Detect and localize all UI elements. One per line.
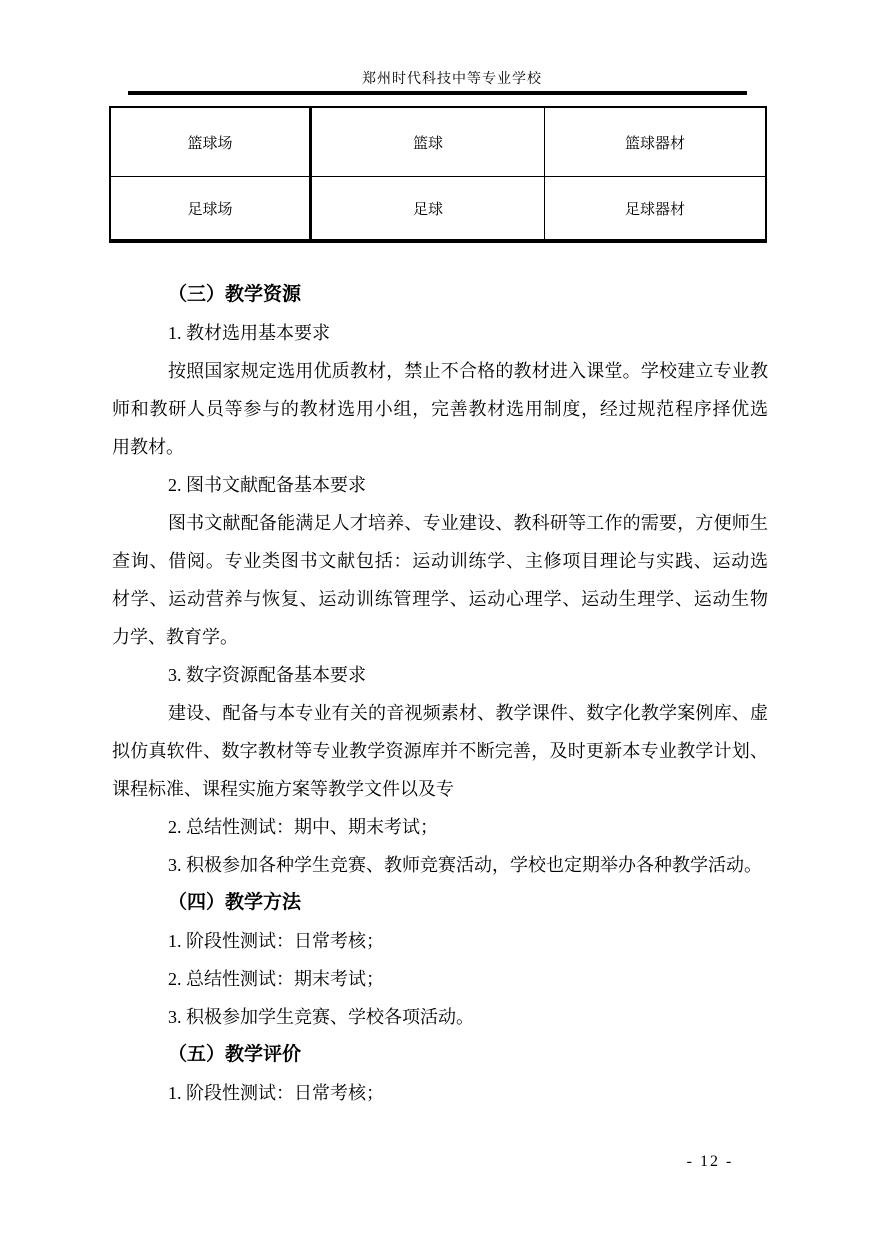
table-cell: 篮球 xyxy=(311,107,545,177)
text-line: 3. 积极参加各种学生竞赛、教师竞赛活动，学校也定期举办各种教学活动。 xyxy=(112,846,768,884)
text-line: 课程标准、课程实施方案等教学文件以及专 xyxy=(112,770,768,808)
document-page: 郑州时代科技中等专业学校 篮球场篮球篮球器材足球场足球足球器材 （三）教学资源1… xyxy=(0,0,875,1241)
text-line: 3. 数字资源配备基本要求 xyxy=(112,656,768,694)
table-cell: 足球场 xyxy=(110,177,311,242)
text-line: 2. 图书文献配备基本要求 xyxy=(112,466,768,504)
section-heading: （四）教学方法 xyxy=(112,884,768,922)
page-number: - 12 - xyxy=(660,1153,760,1171)
text-line: 力学、教育学。 xyxy=(112,618,768,656)
section-heading: （三）教学资源 xyxy=(112,276,768,314)
table-row: 足球场足球足球器材 xyxy=(110,177,766,242)
text-line: 用教材。 xyxy=(112,428,768,466)
text-line: 图书文献配备能满足人才培养、专业建设、教科研等工作的需要，方便师生 xyxy=(112,504,768,542)
text-line: 1. 教材选用基本要求 xyxy=(112,314,768,352)
section-heading: （五）教学评价 xyxy=(112,1036,768,1074)
facilities-table-body: 篮球场篮球篮球器材足球场足球足球器材 xyxy=(110,107,766,241)
text-line: 查询、借阅。专业类图书文献包括：运动训练学、主修项目理论与实践、运动选 xyxy=(112,542,768,580)
table-cell: 足球器材 xyxy=(545,177,767,242)
text-line: 拟仿真软件、数字教材等专业教学资源库并不断完善，及时更新本专业教学计划、 xyxy=(112,732,768,770)
page-header-school-name: 郑州时代科技中等专业学校 xyxy=(128,70,776,90)
text-line: 师和教研人员等参与的教材选用小组，完善教材选用制度，经过规范程序择优选 xyxy=(112,390,768,428)
table-row: 篮球场篮球篮球器材 xyxy=(110,107,766,177)
text-line: 建设、配备与本专业有关的音视频素材、教学课件、数字化教学案例库、虚 xyxy=(112,694,768,732)
text-line: 1. 阶段性测试：日常考核； xyxy=(112,1074,768,1112)
text-line: 2. 总结性测试：期中、期末考试； xyxy=(112,808,768,846)
text-line: 材学、运动营养与恢复、运动训练管理学、运动心理学、运动生理学、运动生物 xyxy=(112,580,768,618)
document-body: （三）教学资源1. 教材选用基本要求按照国家规定选用优质教材，禁止不合格的教材进… xyxy=(112,276,768,1112)
table-cell: 篮球器材 xyxy=(545,107,767,177)
text-line: 2. 总结性测试：期末考试； xyxy=(112,960,768,998)
text-line: 3. 积极参加学生竞赛、学校各项活动。 xyxy=(112,998,768,1036)
facilities-table: 篮球场篮球篮球器材足球场足球足球器材 xyxy=(109,106,767,243)
text-line: 按照国家规定选用优质教材，禁止不合格的教材进入课堂。学校建立专业教 xyxy=(112,352,768,390)
table-cell: 足球 xyxy=(311,177,545,242)
header-rule xyxy=(128,91,747,95)
text-line: 1. 阶段性测试：日常考核； xyxy=(112,922,768,960)
table-cell: 篮球场 xyxy=(110,107,311,177)
